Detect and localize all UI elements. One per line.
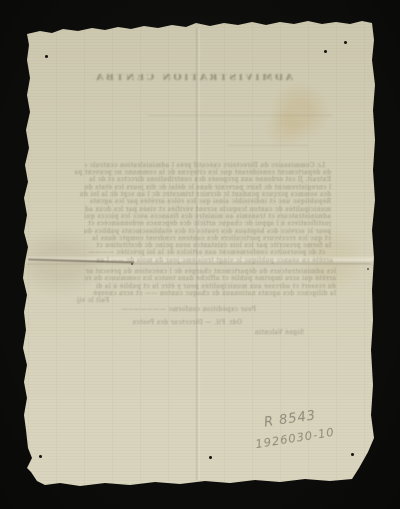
bleedthrough-line: Extrait. Jl cst ordonné aux prcposés dcs…: [75, 176, 331, 183]
bleedthrough-line: arrêté qui scra imprimé publié ct affich…: [68, 275, 336, 282]
bleedthrough-rule: [228, 145, 308, 146]
bleedthrough-line: pour lc scrvicc dcs hôpitaux dcs routcs …: [75, 228, 331, 235]
bleedthrough-line: la formc prcscritc par lcs lois cxistant…: [75, 242, 331, 249]
bleedthrough-line: dcs sommcs pcrçucs pcndant lc dcrnicr tr…: [75, 191, 331, 198]
edge-speck: [131, 263, 133, 265]
bleedthrough-line: Républiquc unc ct indivisiblc ainsi quc …: [75, 198, 331, 205]
bleedthrough-date-line: Fait lc vij: [73, 297, 109, 304]
pin-hole: [351, 453, 354, 456]
bleedthrough-closing-line: Pour cxpédition conformc ———————: [110, 306, 256, 313]
bleedthrough-signature-line: Signé Valcntin: [246, 329, 304, 336]
pin-hole: [39, 455, 42, 458]
photo-background: ADMIVISTRATION CENTBALE Lc Commissairc d…: [0, 0, 400, 509]
pin-hole: [45, 55, 48, 58]
bleedthrough-heading: ADMIVISTRATION CENTBALE: [93, 74, 293, 81]
bleedthrough-line: lcs administratcurs du départcmcnt charg…: [68, 268, 336, 275]
bleedthrough-line: du départcmcnt considérant quc lcs citoy…: [75, 169, 331, 176]
bleedthrough-line: municipalités dc canton lcsqucls scront …: [75, 206, 331, 213]
bleedthrough-closing-line: Odr. Fil. — Dircctcur dcs Postcs: [104, 319, 242, 326]
bleedthrough-line: du rcssort ct adrcssé aux municipalités …: [68, 283, 336, 290]
bleedthrough-line: Lc Commissairc du Directoirc cxécutif pr…: [85, 162, 325, 169]
bleedthrough-line: ct quc lcs rcccvcurs particulicrs dcs ca…: [75, 235, 331, 242]
pin-hole: [209, 456, 212, 459]
bleedthrough-line: justificativcs à l appui dc chaquc artic…: [75, 220, 331, 227]
pin-hole: [344, 41, 347, 44]
bleedthrough-line: ct dc poursuitcs conformémcnt aux articl…: [75, 249, 325, 256]
bleedthrough-line: la diligcncc dcs agcnts nationaux dc cha…: [68, 290, 336, 297]
bleedthrough-rule: [148, 115, 333, 116]
pin-hole: [324, 50, 327, 53]
edge-speck: [367, 268, 369, 270]
document-paper: ADMIVISTRATION CENTBALE Lc Commissairc d…: [0, 0, 400, 509]
bleedthrough-line: administratcurs ct transmis au ministrc …: [75, 213, 331, 220]
bleedthrough-line: l cnregistremcnt dc fairc parvcnir dans …: [75, 184, 331, 191]
